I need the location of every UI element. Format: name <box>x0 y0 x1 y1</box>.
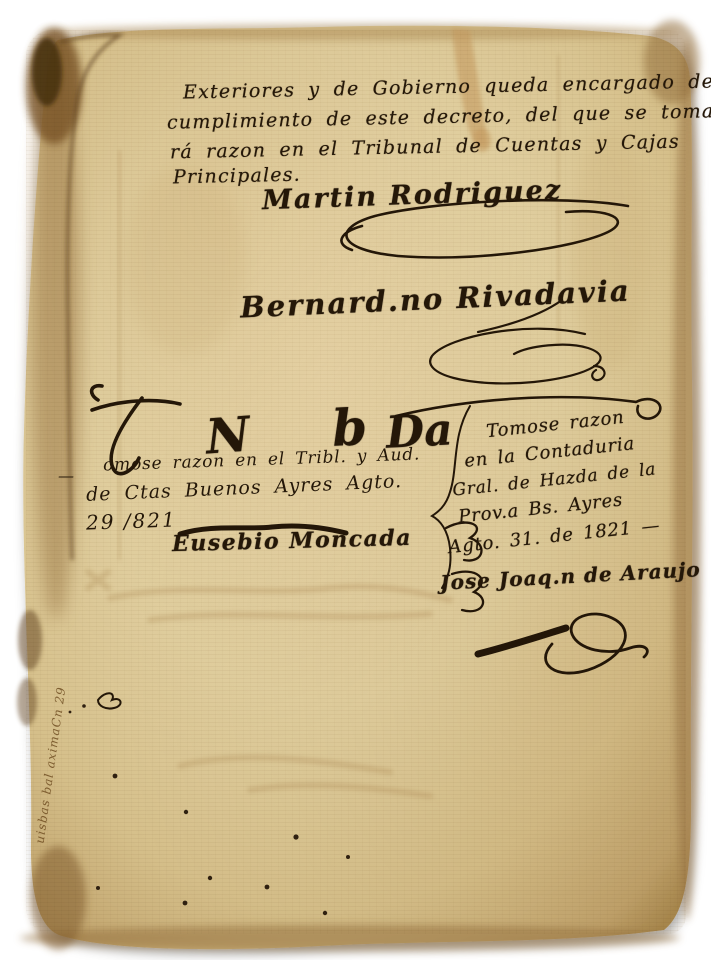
edge-shade-top <box>40 24 680 40</box>
edge-shade-bottom <box>20 925 680 951</box>
ink-squiggle-small <box>98 693 121 708</box>
signature-eusebio-moncada: Eusebio Moncada <box>172 525 413 557</box>
edge-shade-left <box>32 40 80 620</box>
decree-line-3: rá razon en el Tribunal de Cuentas y Caj… <box>170 131 680 164</box>
edge-spot-left-1 <box>18 610 42 670</box>
edge-shade-right <box>673 40 701 920</box>
decree-line-2: cumplimiento de este decreto, del que se… <box>167 100 711 133</box>
corner-curl-inner <box>32 38 62 106</box>
edge-spot-left-2 <box>17 678 37 726</box>
stain-blotch-1 <box>125 165 245 355</box>
tribunal-note-line-3: 29 /821 <box>86 507 178 534</box>
margin-dash: — <box>58 466 74 485</box>
rubric-araujo-loops <box>546 614 648 673</box>
manuscript-scan: Exteriores y de Gobierno queda encargado… <box>0 0 711 960</box>
signature-martin-rodriguez: Martin Rodriguez <box>262 175 563 216</box>
margin-note-vertical: uisbas bal aximaCn 29 <box>28 653 73 878</box>
ghost-writing <box>88 572 450 796</box>
rubric-araujo-stroke <box>478 628 566 654</box>
signature-jose-joaquin-araujo: Jose Joaq.n de Araujo <box>440 557 702 595</box>
tribunal-note-line-2: de Ctas Buenos Ayres Agto. <box>86 470 403 506</box>
decree-line-1: Exteriores y de Gobierno queda encargado… <box>183 70 711 103</box>
signature-bernardino-rivadavia: Bernard.no Rivadavia <box>239 273 631 324</box>
ink-specks <box>69 704 350 915</box>
stain-blotch-2 <box>572 130 648 370</box>
corner-curl-outer <box>26 28 82 144</box>
